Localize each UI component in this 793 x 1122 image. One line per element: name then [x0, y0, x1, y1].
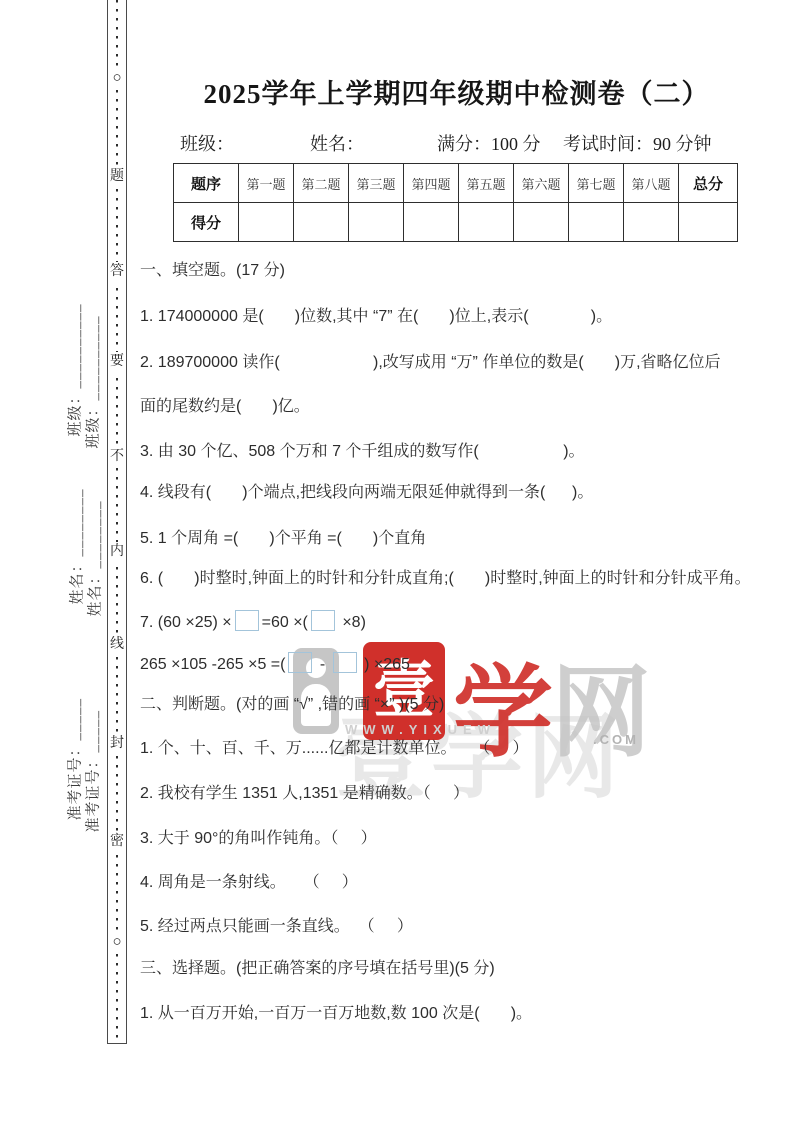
full-score-label: 满分：100 分: [437, 130, 541, 156]
answer-box: [333, 652, 357, 673]
seal-margin-label: 姓名：________: [84, 407, 105, 617]
score-cell: [459, 203, 514, 242]
seal-margin-label: 准考证号：_____: [82, 643, 103, 833]
watermark-url-text: WWW.YIXUEW: [345, 722, 496, 737]
score-table-score-row: 得分: [174, 203, 738, 242]
seal-char: 答: [108, 262, 126, 282]
table-header-question: 第三题: [349, 164, 404, 203]
seal-char: 密: [108, 832, 126, 852]
watermark-char-wang: 网: [551, 632, 651, 776]
text-line: 4. 周角是一条射线。 （ ）: [140, 872, 358, 894]
name-label: 姓名：: [310, 130, 364, 156]
text-line: 1. 174000000 是( )位数,其中 “7” 在( )位上,表示( )。: [140, 306, 612, 328]
text-line: 3. 大于 90°的角叫作钝角。（ ）: [140, 828, 377, 850]
text-line: 7. (60 ×25) ×=60 ×( ×8): [140, 610, 366, 634]
seal-char: 线: [108, 635, 126, 655]
table-header-question: 第二题: [294, 164, 349, 203]
text-line: 2. 我校有学生 1351 人,1351 是精确数。（ ）: [140, 783, 469, 805]
seal-char: 要: [108, 352, 126, 372]
score-table-header-row: 题序第一题第二题第三题第四题第五题第六题第七题第八题总分: [174, 164, 738, 203]
table-header-question: 第五题: [459, 164, 514, 203]
watermark-dotcom-text: .COM: [593, 732, 639, 747]
text-line: 4. 线段有( )个端点,把线段向两端无限延伸就得到一条( )。: [140, 482, 593, 504]
text-line: 2. 189700000 读作( ),改写成用 “万” 作单位的数是( )万,省…: [140, 352, 721, 374]
answer-box: [311, 610, 335, 631]
seal-circle-mark: ○: [108, 68, 126, 88]
table-header-question: 第六题: [514, 164, 569, 203]
score-cell: [624, 203, 679, 242]
score-table: 题序第一题第二题第三题第四题第五题第六题第七题第八题总分 得分: [173, 163, 738, 242]
table-header-question: 第四题: [404, 164, 459, 203]
text-line: 一、填空题。(17 分): [140, 260, 285, 282]
score-cell: [294, 203, 349, 242]
score-cell: [404, 203, 459, 242]
seal-char: 题: [108, 167, 126, 187]
table-header-total: 总分: [679, 164, 738, 203]
seal-char: 内: [108, 542, 126, 562]
seal-char: 封: [108, 734, 126, 754]
text-line: 3. 由 30 个亿、508 个万和 7 个千组成的数写作( )。: [140, 441, 585, 463]
answer-box: [288, 652, 312, 673]
text-line: 5. 经过两点只能画一条直线。 （ ）: [140, 916, 413, 938]
text-line: 二、判断题。(对的画 “√” ,错的画 “×” )(5 分): [140, 694, 444, 716]
text-line: 6. ( )时整时,钟面上的时针和分针成直角;( )时整时,钟面上的时针和分针成…: [140, 568, 751, 590]
score-cell: [679, 203, 738, 242]
table-header-question: 第八题: [624, 164, 679, 203]
exam-paper-page: 壹学网 壹 学 网 WWW.YIXUEW .COM ○题答要不内线封密○ 班级：…: [0, 0, 793, 1122]
score-cell: [569, 203, 624, 242]
score-cell: [514, 203, 569, 242]
table-header-question: 第一题: [239, 164, 294, 203]
answer-box: [235, 610, 259, 631]
table-header-question: 第七题: [569, 164, 624, 203]
text-line: 1. 个、十、百、千、万......亿都是计数单位。 （ ）: [140, 738, 528, 760]
seal-char: 不: [108, 447, 126, 467]
table-header-tixu: 题序: [174, 164, 239, 203]
class-label: 班级：: [180, 130, 234, 156]
score-cell: [239, 203, 294, 242]
text-line: 三、选择题。(把正确答案的序号填在括号里)(5 分): [140, 958, 495, 980]
text-line: 面的尾数约是( )亿。: [140, 396, 310, 418]
page-title: 2025学年上学期四年级期中检测卷（二）: [140, 72, 773, 111]
seal-line-strip: ○题答要不内线封密○: [107, 0, 127, 1044]
text-line: 1. 从一百万开始,一百万一百万地数,数 100 次是( )。: [140, 1003, 532, 1025]
score-cell: [349, 203, 404, 242]
seal-circle-mark: ○: [108, 932, 126, 952]
text-line: 265 ×105 -265 ×5 =( - ) ×265: [140, 652, 410, 676]
table-header-defen: 得分: [174, 203, 239, 242]
text-line: 5. 1 个周角 =( )个平角 =( )个直角: [140, 528, 426, 550]
exam-time-label: 考试时间：90 分钟: [563, 130, 712, 156]
